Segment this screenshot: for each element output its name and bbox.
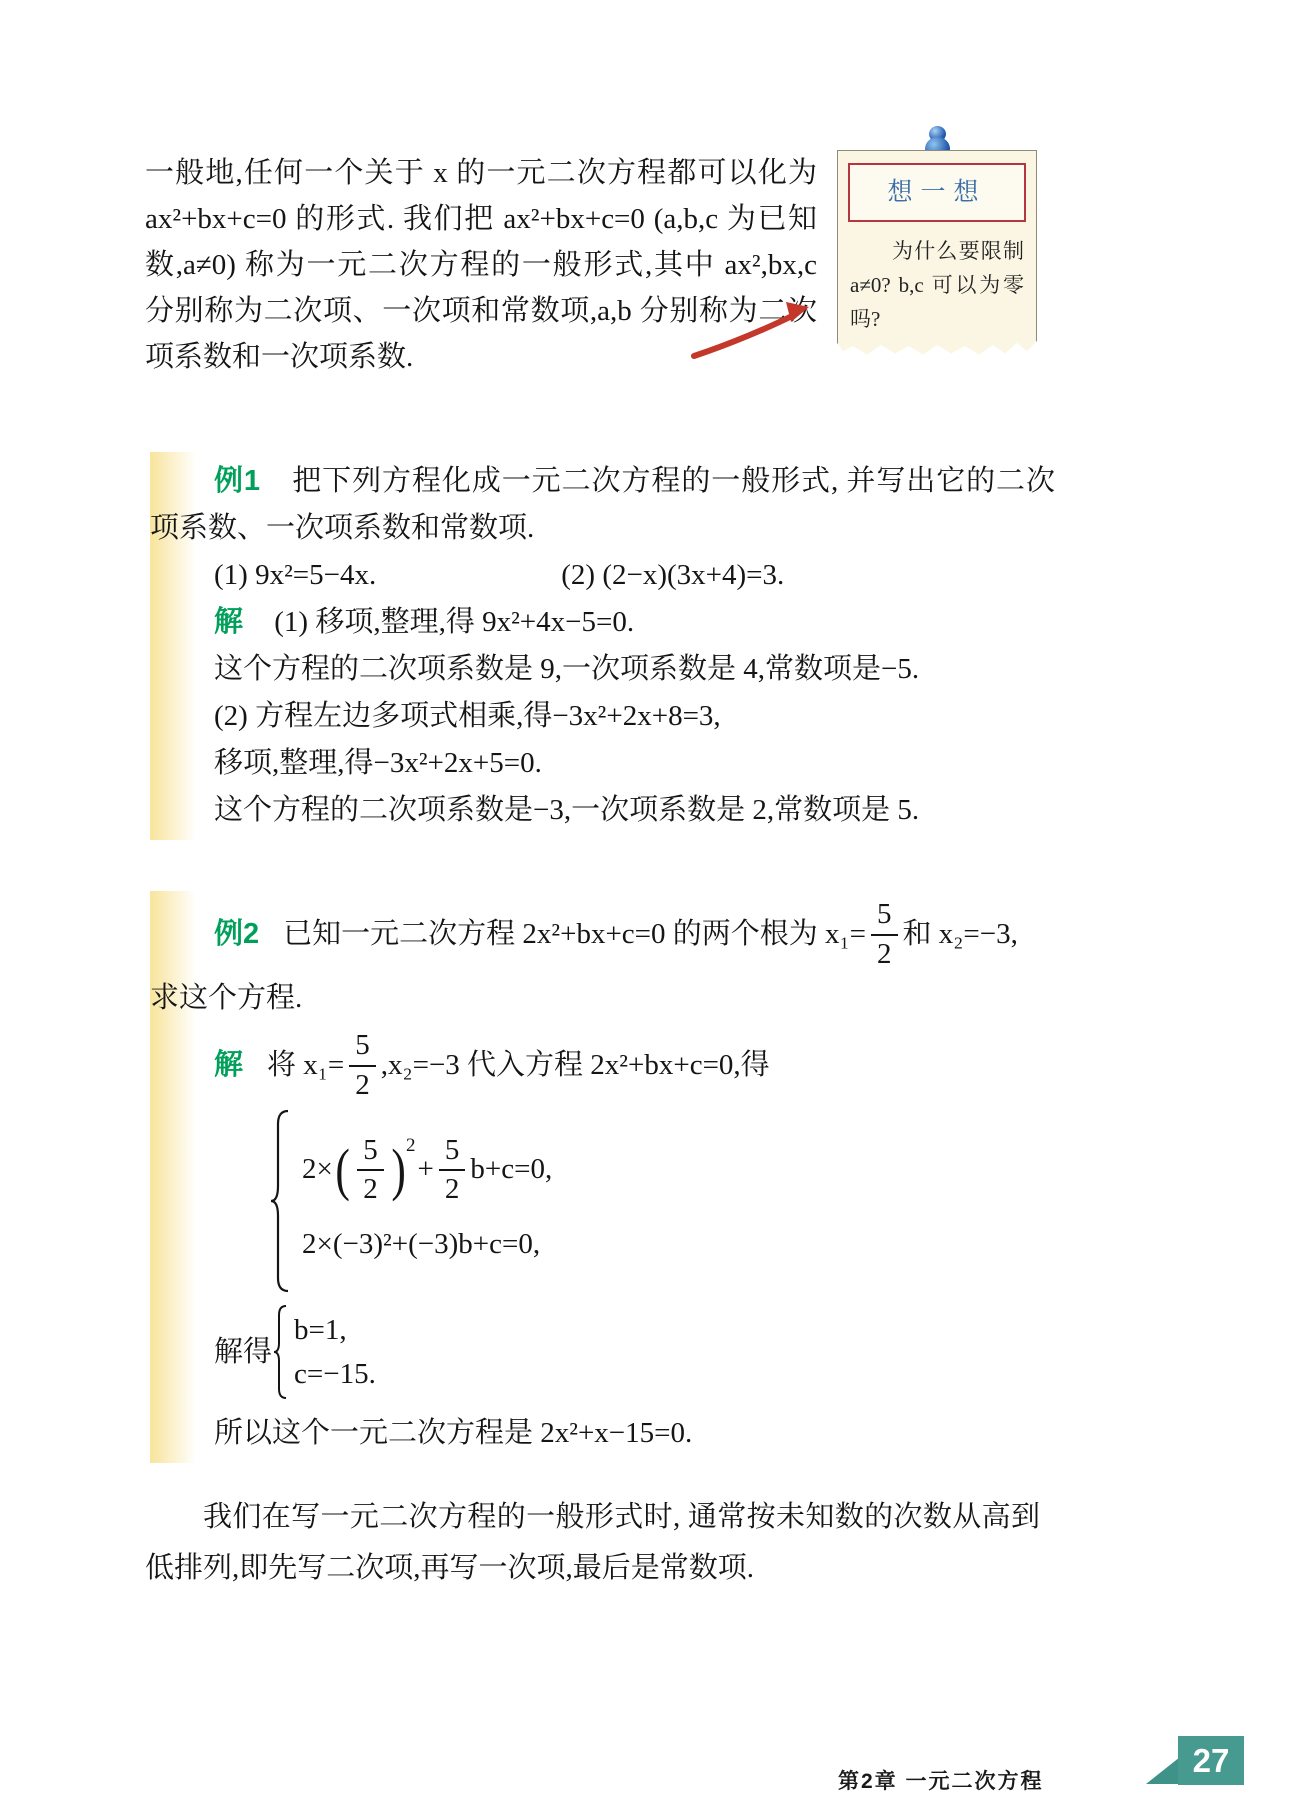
eq1-tail: b+c=0, <box>470 1146 552 1193</box>
note-body: 为什么要限制 a≠0? b,c 可以为零吗? <box>838 222 1036 336</box>
fraction: 5 2 <box>349 1029 376 1101</box>
fraction: 5 2 <box>871 898 898 970</box>
exponent: 2 <box>406 1122 416 1169</box>
solve-label: 解 <box>214 606 243 638</box>
solution-line: 解 (1) 移项,整理,得 9x²+4x−5=0. <box>150 599 1055 646</box>
result-c: c=−15. <box>294 1352 376 1396</box>
note-paper: 想一想 为什么要限制 a≠0? b,c 可以为零吗? <box>837 150 1037 362</box>
fraction-denominator: 2 <box>363 1171 378 1205</box>
system-equations: 2× ( 5 2 ) 2 + 5 2 b+c=0, 2×(− <box>302 1134 552 1269</box>
example1-label: 例1 <box>214 465 260 497</box>
equation-system: 2× ( 5 2 ) 2 + 5 2 b+c=0, 2×(− <box>268 1108 1055 1294</box>
big-right-paren: ) <box>391 1141 405 1199</box>
fraction-numerator: 5 <box>357 1134 384 1171</box>
eq2-text: 2×(−3)²+(−3)b+c=0, <box>302 1221 540 1268</box>
intro-section: 想一想 为什么要限制 a≠0? b,c 可以为零吗? 一般地,任何一个关于 x … <box>145 150 1037 380</box>
example2-statement-line2: 求这个方程. <box>150 975 1055 1022</box>
example1-statement-text: 把下列方程化成一元二次方程的一般形式, 并写出它的二次项系数、一次项系数和常数项… <box>150 465 1055 544</box>
big-left-paren: ( <box>335 1141 349 1199</box>
conclusion-line: 所以这个一元二次方程是 2x²+x−15=0. <box>150 1410 1055 1457</box>
equation-row-1: 2× ( 5 2 ) 2 + 5 2 b+c=0, <box>302 1134 552 1206</box>
fraction-denominator: 2 <box>445 1171 460 1205</box>
result-b: b=1, <box>294 1308 376 1352</box>
closing-section: 我们在写一元二次方程的一般形式时, 通常按未知数的次数从高到低排列,即先写二次项… <box>145 1492 1040 1594</box>
example2-statement: 例2 已知一元二次方程 2x²+bx+c=0 的两个根为 x₁= 5 2 和 x… <box>150 897 1055 971</box>
statement-suffix: 和 x₂=−3, <box>903 911 1018 958</box>
equation-item-2: (2) (2−x)(3x+4)=3. <box>561 559 784 591</box>
solution-line: 移项,整理,得−3x²+2x+5=0. <box>150 740 1055 787</box>
solution-line: (2) 方程左边多项式相乘,得−3x²+2x+8=3, <box>150 693 1055 740</box>
solve-result-label: 解得 <box>214 1329 272 1376</box>
result-values: b=1, c=−15. <box>294 1308 376 1396</box>
note-title: 想一想 <box>887 179 986 206</box>
think-note: 想一想 为什么要限制 a≠0? b,c 可以为零吗? <box>837 150 1037 362</box>
textbook-page: 想一想 为什么要限制 a≠0? b,c 可以为零吗? 一般地,任何一个关于 x … <box>0 0 1289 1820</box>
fraction-numerator: 5 <box>871 898 898 935</box>
fraction-denominator: 2 <box>355 1067 370 1101</box>
eq1-head: 2× <box>302 1146 333 1193</box>
plus-sign: + <box>418 1146 434 1193</box>
page-number-badge: 27 <box>1178 1736 1244 1785</box>
badge-triangle-icon <box>1146 1757 1180 1784</box>
example1-statement: 例1 把下列方程化成一元二次方程的一般形式, 并写出它的二次项系数、一次项系数和… <box>150 458 1055 552</box>
example2-solve-line: 解 将 x₁= 5 2 ,x₂=−3 代入方程 2x²+bx+c=0,得 <box>150 1028 1055 1102</box>
result-brace-icon <box>272 1304 288 1400</box>
example1-section: 例1 把下列方程化成一元二次方程的一般形式, 并写出它的二次项系数、一次项系数和… <box>150 458 1055 834</box>
solve-result: 解得 b=1, c=−15. <box>150 1304 1055 1400</box>
solution-text: (1) 移项,整理,得 9x²+4x−5=0. <box>274 606 634 638</box>
note-title-box: 想一想 <box>848 163 1026 222</box>
example2-section: 例2 已知一元二次方程 2x²+bx+c=0 的两个根为 x₁= 5 2 和 x… <box>150 897 1055 1457</box>
solution-line: 这个方程的二次项系数是−3,一次项系数是 2,常数项是 5. <box>150 787 1055 834</box>
red-arrow-icon <box>688 300 820 366</box>
fraction-numerator: 5 <box>439 1134 466 1171</box>
fraction-numerator: 5 <box>349 1029 376 1066</box>
example2-label: 例2 <box>214 911 259 958</box>
fraction-denominator: 2 <box>877 936 892 970</box>
solve-label: 解 <box>214 1042 243 1089</box>
substitute-prefix: 将 x₁= <box>267 1042 344 1089</box>
fraction: 5 2 <box>357 1134 384 1206</box>
substitute-suffix: ,x₂=−3 代入方程 2x²+bx+c=0,得 <box>381 1042 770 1089</box>
fraction: 5 2 <box>439 1134 466 1206</box>
closing-paragraph: 我们在写一元二次方程的一般形式时, 通常按未知数的次数从高到低排列,即先写二次项… <box>145 1492 1040 1594</box>
equation-item-1: (1) 9x²=5−4x. <box>214 552 554 599</box>
system-brace-icon <box>268 1108 292 1294</box>
equation-row-2: 2×(−3)²+(−3)b+c=0, <box>302 1221 552 1268</box>
solution-line: 这个方程的二次项系数是 9,一次项系数是 4,常数项是−5. <box>150 646 1055 693</box>
statement-prefix: 已知一元二次方程 2x²+bx+c=0 的两个根为 x₁= <box>283 911 866 958</box>
chapter-label: 第2章 一元二次方程 <box>838 1765 1044 1795</box>
example1-items: (1) 9x²=5−4x. (2) (2−x)(3x+4)=3. <box>150 552 1055 599</box>
